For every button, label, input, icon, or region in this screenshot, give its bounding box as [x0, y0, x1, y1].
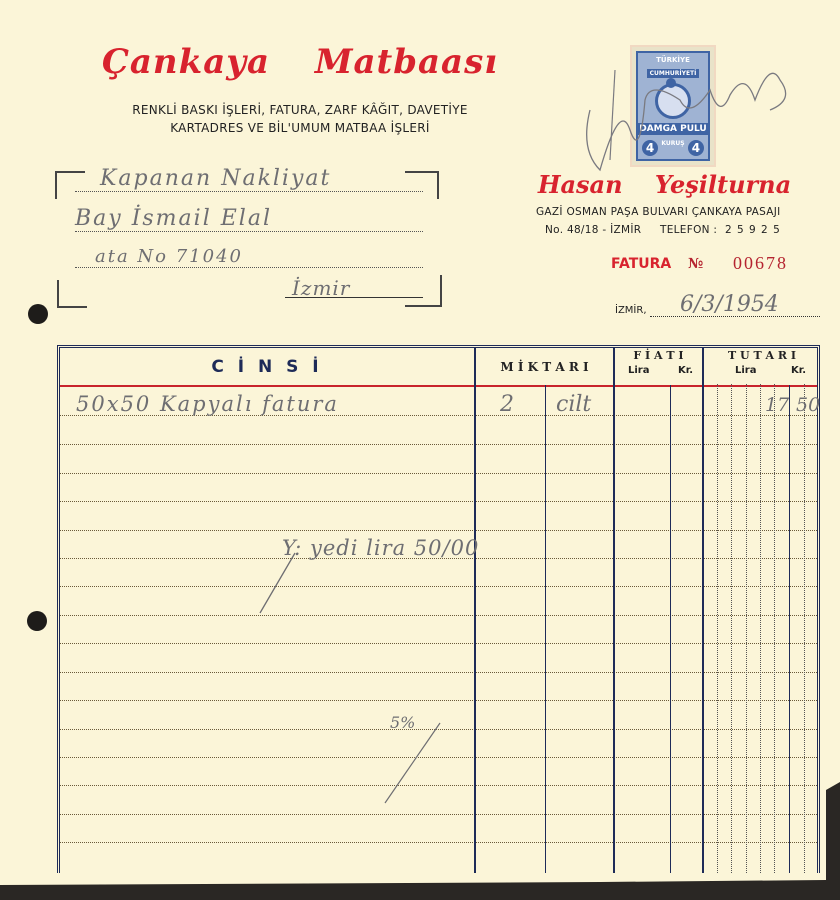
recipient-line-2	[75, 231, 423, 232]
digit-guide	[731, 384, 732, 873]
header-tutari-lira: Lira	[735, 365, 756, 376]
punch-hole	[27, 611, 47, 631]
header-fiati-kr: Kr.	[678, 365, 693, 376]
bracket-bottom-right	[405, 275, 442, 307]
owner-last-name: Yeşilturna	[655, 170, 791, 199]
recipient-account[interactable]: ata No 71040	[95, 246, 243, 267]
header-tutari: T U T A R I	[704, 349, 820, 362]
digit-guide	[717, 384, 718, 873]
recipient-line-3	[75, 267, 423, 268]
address-line: GAZİ OSMAN PAŞA BULVARI ÇANKAYA PASAJI	[536, 206, 781, 218]
company-name-part-2: Matbaası	[315, 42, 498, 82]
column-divider-fiati	[613, 348, 615, 873]
bracket-bottom-left	[57, 280, 87, 308]
row-unit[interactable]: cilt	[556, 392, 591, 417]
company-name-part-1: Çankaya	[102, 42, 270, 82]
column-divider-tutari	[702, 348, 704, 873]
row-total-kr[interactable]: 50	[796, 394, 820, 416]
invoice-table: C İ N S İ M İ K T A R I F İ A T I T U T …	[57, 345, 820, 873]
digit-guide	[774, 384, 775, 873]
row-quantity[interactable]: 2	[500, 392, 514, 417]
header-fiati-lira: Lira	[628, 365, 649, 376]
invoice-label: FATURA	[611, 256, 671, 272]
recipient-name[interactable]: Kapanan Nakliyat	[100, 166, 331, 191]
tagline-1: RENKLİ BASKI İŞLERİ, FATURA, ZARF KÂĞIT,…	[80, 103, 520, 117]
invoice-paper: Çankaya Matbaası RENKLİ BASKI İŞLERİ, FA…	[0, 0, 840, 885]
header-fiati: F İ A T I	[615, 349, 702, 362]
header-miktari: M İ K T A R I	[476, 360, 613, 374]
recipient-person[interactable]: Bay İsmail Elal	[75, 206, 272, 231]
handwritten-stroke	[380, 718, 450, 808]
invoice-date[interactable]: 6/3/1954	[680, 292, 779, 317]
header-cinsi: C İ N S İ	[60, 357, 474, 377]
digit-guide	[804, 384, 805, 873]
punch-hole	[28, 304, 48, 324]
digit-guide	[746, 384, 747, 873]
column-divider-fiati-kr	[670, 385, 671, 873]
handwritten-stroke	[255, 548, 305, 618]
digit-guide	[760, 384, 761, 873]
bracket-top-left	[55, 171, 85, 199]
column-divider-tutari-kr	[789, 385, 790, 873]
recipient-city[interactable]: İzmir	[292, 276, 350, 300]
column-divider-miktari	[474, 348, 476, 873]
amount-in-words[interactable]: Y: yedi lira 50/00	[282, 536, 479, 560]
owner-first-name: Hasan	[538, 170, 623, 199]
signature-scrawl	[570, 40, 810, 180]
header-tutari-kr: Kr.	[791, 365, 806, 376]
row-description[interactable]: 50x50 Kapyalı fatura	[76, 392, 339, 416]
phone-label: TELEFON :	[660, 224, 717, 236]
invoice-number-sign: №	[688, 256, 703, 272]
date-city-label: İZMİR,	[615, 305, 647, 316]
owner-name: Hasan Yeşilturna	[522, 170, 807, 199]
recipient-line-1	[75, 191, 423, 192]
tagline-2: KARTADRES VE BİL'UMUM MATBAA İŞLERİ	[80, 121, 520, 135]
row-total-lira[interactable]: 17	[765, 394, 789, 416]
company-name: Çankaya Matbaası	[80, 42, 520, 82]
phone-number: 2 5 9 2 5	[725, 224, 781, 236]
address-number: No. 48/18 - İZMİR	[545, 224, 641, 236]
bracket-top-right	[405, 171, 439, 199]
invoice-number: 00678	[733, 253, 788, 274]
column-divider-miktari-unit	[545, 385, 546, 873]
